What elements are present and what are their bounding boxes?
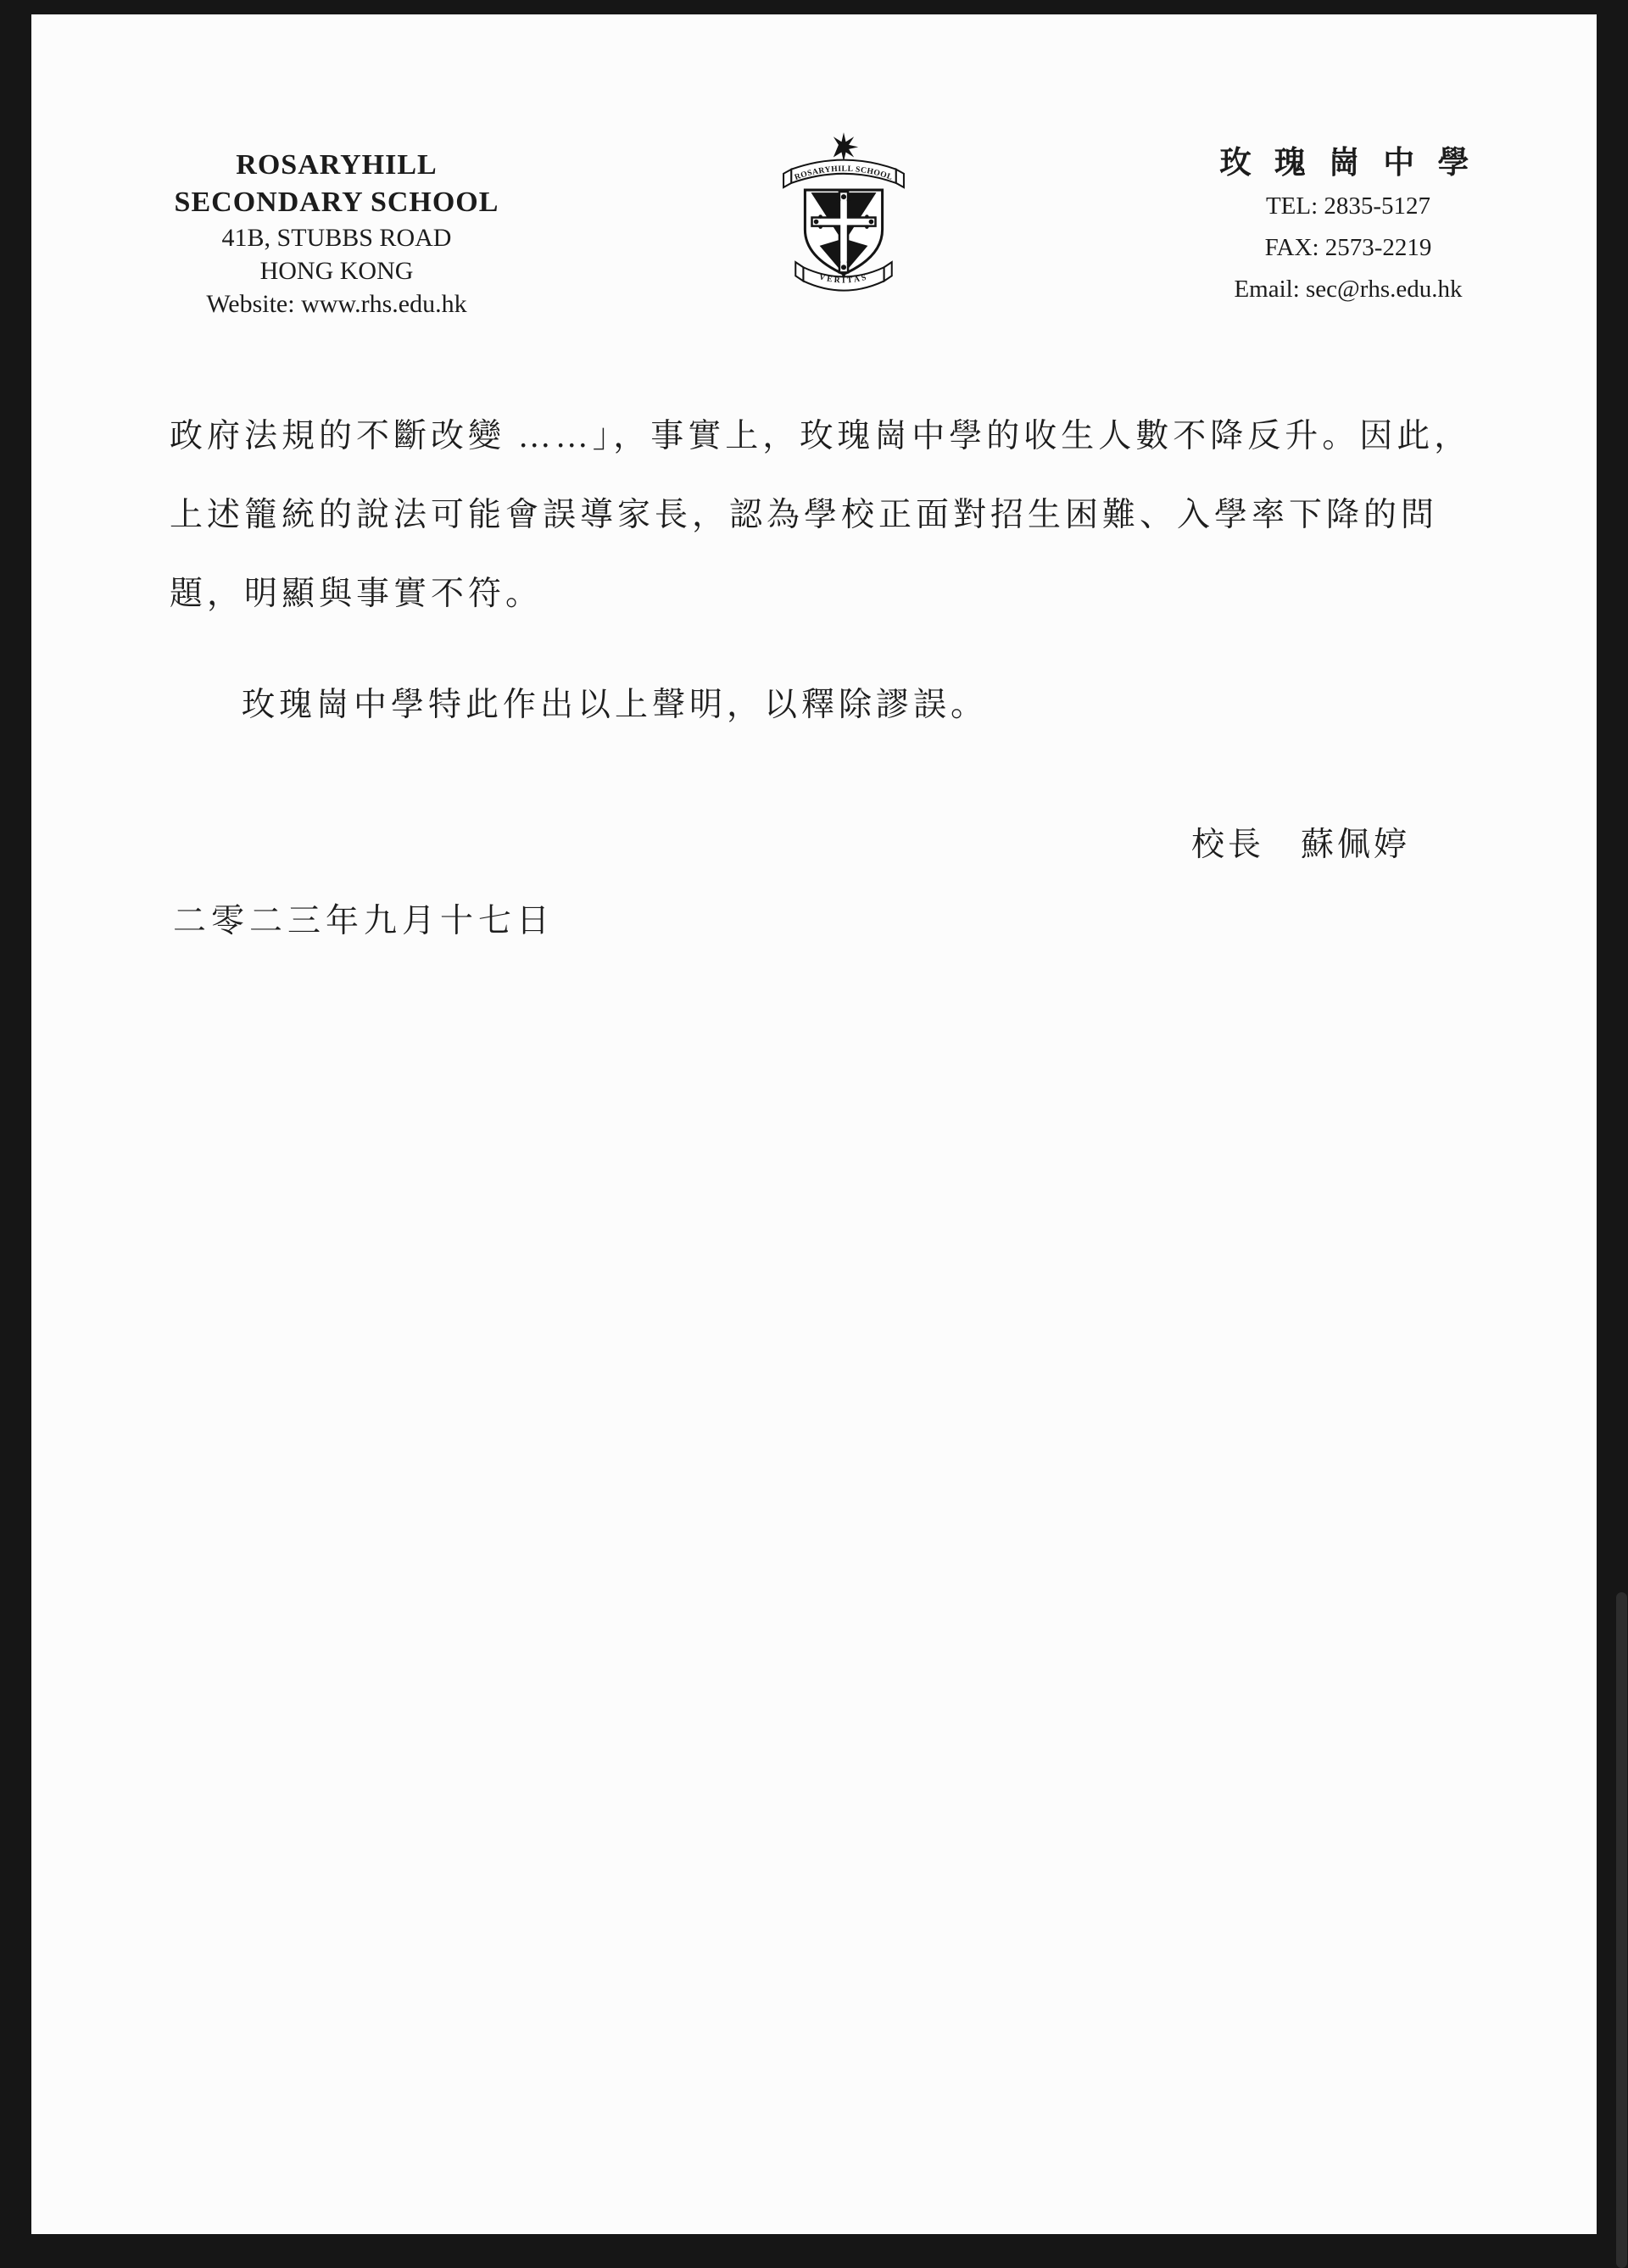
crest-top-banner: ROSARYHILL SCHOOL	[783, 160, 904, 187]
school-name-en-line1: ROSARYHILL	[150, 147, 523, 184]
vertical-scrollbar-thumb[interactable]	[1616, 1592, 1627, 2268]
crest-shield	[805, 190, 882, 282]
school-name-en-line2: SECONDARY SCHOOL	[150, 184, 523, 221]
paragraph2: 玫瑰崗中學特此作出以上聲明，以釋除謬誤。	[242, 678, 988, 726]
letter-page: ROSARYHILL SECONDARY SCHOOL 41B, STUBBS …	[31, 14, 1597, 2234]
paragraph1-line2: 上述籠統的說法可能會誤導家長，認為學校正面對招生困難、入學率下降的問	[170, 488, 1438, 536]
school-email: Email: sec@rhs.edu.hk	[1170, 269, 1526, 310]
school-tel: TEL: 2835-5127	[1170, 186, 1526, 227]
school-fax: FAX: 2573-2219	[1170, 227, 1526, 269]
paragraph1-line3: 題，明顯與事實不符。	[170, 567, 543, 615]
letterhead-english: ROSARYHILL SECONDARY SCHOOL 41B, STUBBS …	[150, 147, 523, 320]
eight-pointed-star-icon	[829, 132, 858, 161]
letter-date: 二零二三年九月十七日	[173, 894, 555, 942]
school-address-line1: 41B, STUBBS ROAD	[150, 221, 523, 254]
school-name-zh: 玫 瑰 崗 中 學	[1170, 142, 1526, 186]
school-website: Website: www.rhs.edu.hk	[150, 287, 523, 320]
letterhead-chinese: 玫 瑰 崗 中 學 TEL: 2835-5127 FAX: 2573-2219 …	[1170, 142, 1526, 310]
viewer-background: ROSARYHILL SECONDARY SCHOOL 41B, STUBBS …	[0, 0, 1628, 2268]
paragraph1-line1: 政府法規的不斷改變 ……」，事實上，玫瑰崗中學的收生人數不降反升。因此，	[170, 410, 1471, 457]
school-crest: ROSARYHILL SCHOOL	[779, 126, 908, 311]
principal-signature: 校長 蘇佩婷	[1191, 818, 1410, 866]
school-address-line2: HONG KONG	[150, 254, 523, 287]
